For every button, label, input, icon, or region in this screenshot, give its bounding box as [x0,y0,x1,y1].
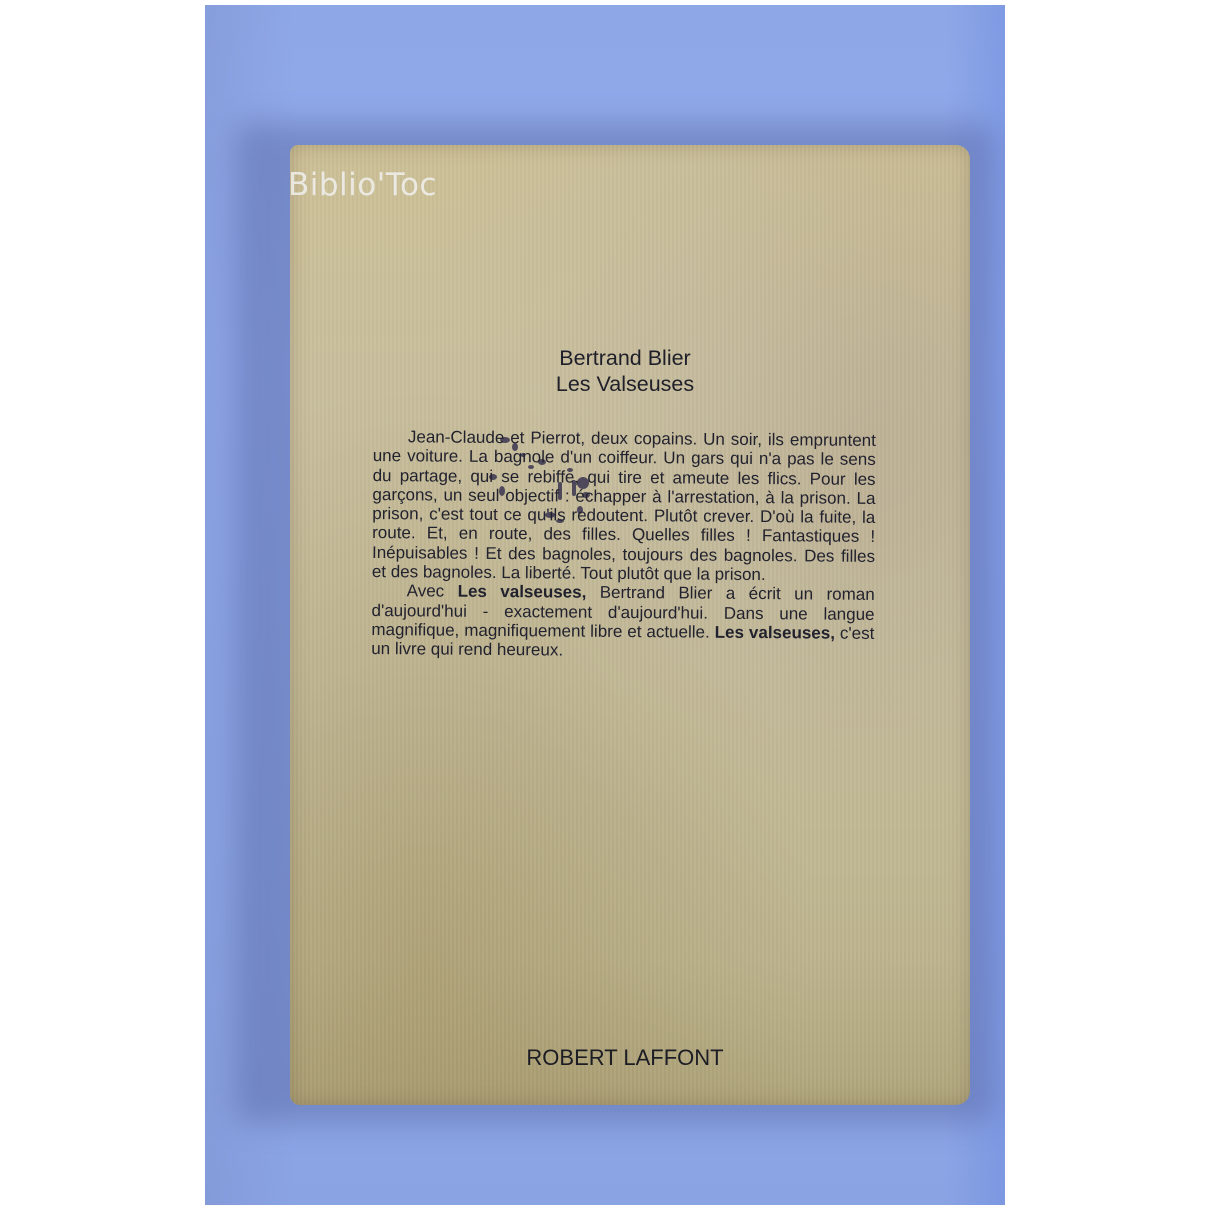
book-heading: Bertrand Blier Les Valseuses [505,345,745,397]
blurb-text: Avec [407,582,458,601]
blurb-paragraph: Avec Les valseuses, Bertrand Blier a écr… [371,581,875,662]
blurb-paragraph: Jean-Claude et Pierrot, deux copains. Un… [372,427,876,585]
book-title: Les Valseuses [505,371,745,397]
watermark-logo: Biblio'Toc [288,167,437,203]
book-photo: Biblio'Toc Bertrand Blier Les Valseuses … [205,5,1005,1205]
publisher-name: ROBERT LAFFONT [505,1045,745,1071]
blurb-title-bold: Les valseuses, [458,582,587,602]
book-blurb: Jean-Claude et Pierrot, deux copains. Un… [371,427,876,663]
blurb-title-bold: Les valseuses, [715,623,835,643]
author-name: Bertrand Blier [505,345,745,371]
